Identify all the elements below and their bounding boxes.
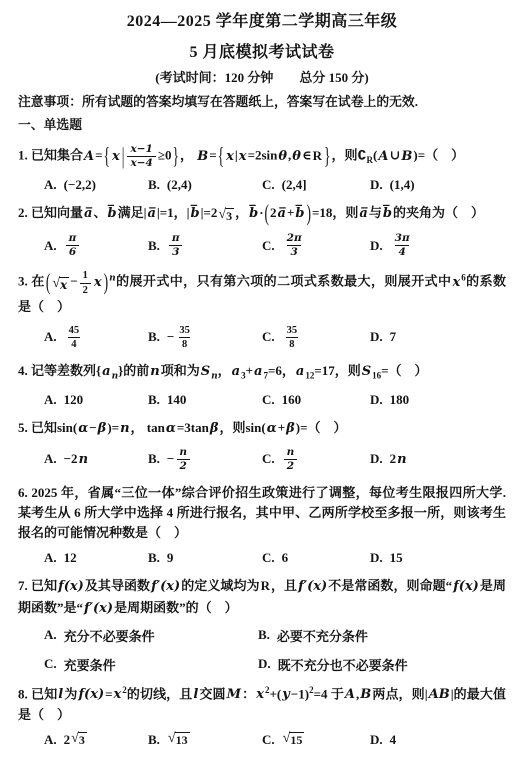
math-variable: n [397,452,406,467]
math-variable: l [193,687,198,702]
stem-text: 3. 在 [18,274,45,289]
option: A.充分不必要条件 [44,626,258,645]
option: C.6 [262,550,370,566]
stem-text: ∪ [389,148,400,163]
stem-text: − [167,451,174,467]
question-2: 2. 已知向量a̅、b̅满足|a̅|=1，|b̅|=2√3，b̅·(2a̅+b̅… [18,203,506,259]
stem-text: , [356,686,359,701]
math-variable: α [78,421,88,436]
stem-text: 满足 [118,205,144,220]
stem-text: ( [373,148,377,163]
stem-text: = [209,148,216,163]
stem-text: =17，则 [314,363,360,378]
math-variable: α [267,421,277,436]
numerator: 3π [392,232,413,245]
numerator: 35 [176,324,193,337]
stem-text: )= [107,420,119,435]
stem-text: |=2 [201,205,218,220]
stem-text: − [70,274,77,289]
square-root: √3 [218,208,234,224]
option-label: A. [44,392,57,408]
math-variable: x [94,275,102,290]
math-variable: a̅ [84,206,92,221]
option-label: A. [44,177,57,193]
stem-text: 140 [167,392,187,408]
stem-text: 必要不充分条件 [277,626,368,645]
option: D.7 [370,329,506,345]
option-label: C. [262,392,275,408]
fraction: 2π3 [284,232,305,259]
stem-text: − [89,420,96,435]
subscript: 12 [305,371,314,381]
stem-text: = [105,686,112,701]
math-variable: x [226,149,234,164]
math-variable: f(x) [453,579,479,594]
fraction: 358 [284,324,301,351]
option: B.必要不充分条件 [258,626,506,645]
math-variable: A [84,149,94,164]
stem-text: 6. 2025 年，省属“三位一体”综合评价招生政策进行了调整，每位考生限报四所… [18,485,506,540]
option-label: D. [370,177,383,193]
math-variable: b̅ [107,206,116,221]
option-label: A. [44,329,57,345]
exam-title-line1: 2024—2025 学年度第二学期高三年级 [18,8,506,31]
stem-text: 的切线，且 [127,686,193,701]
stem-text: 2 [390,451,397,467]
square-root: √13 [168,732,190,748]
math-variable: f(x) [78,687,104,702]
stem-text: 的夹角为（ ） [393,205,484,220]
option-label: A. [44,238,57,254]
numerator: 1 [80,269,91,282]
math-variable: y [282,687,290,702]
option: A.454 [44,324,148,351]
question-5: 5. 已知sin(α−β)=n， tanα=3tanβ，则sin(α+β)=（ … [18,418,506,473]
bold-symbol: R [261,578,270,593]
question-stem: 2. 已知向量a̅、b̅满足|a̅|=1，|b̅|=2√3，b̅·(2a̅+b̅… [18,203,506,225]
denominator: 8 [179,337,190,351]
section-title: 一、单选题 [18,114,506,133]
big-delimiter: ( [265,197,270,233]
exam-title-line2: 5 月底模拟考试试卷 [18,39,506,62]
stem-text: − [167,329,174,345]
option: C.160 [262,392,370,408]
bold-symbol: R [313,148,322,163]
numerator: 2π [284,232,305,245]
stem-text: ，则sin( [219,420,265,435]
math-variable: a [102,364,110,379]
option-label: B. [148,392,160,408]
math-variable: l [58,687,63,702]
options-row: A.−2nB.−n2C.n2D.2n [18,446,506,473]
math-variable: x [452,275,460,290]
math-variable: β [210,421,219,436]
stem-text: 160 [282,392,302,408]
question-1: 1. 已知集合A={x|x−1x−4≥0}， B={x|x=2sinθ,θ∈R}… [18,143,506,193]
numerator: 45 [66,324,83,337]
denominator: 2 [177,459,190,473]
stem-text: 为 [64,686,77,701]
math-variable: S [201,364,210,379]
stem-text: 既不充分也不必要条件 [278,655,408,674]
denominator: 8 [286,337,297,351]
stem-text: + [287,205,294,220]
exam-time-score-info: (考试时间：120 分钟 总分 150 分) [18,67,506,86]
stem-text: 1. 已知集合 [18,148,83,163]
math-variable: x [239,149,247,164]
stem-text: 的定义域均为 [181,578,259,593]
math-variable: a̅ [278,206,286,221]
stem-text: 两点，则| [372,686,427,701]
option-label: B. [148,451,160,467]
math-variable: A [345,687,355,702]
fraction: π3 [169,232,183,259]
stem-text: + [246,363,253,378]
stem-text: + [278,420,285,435]
stem-text: 5. 已知sin( [18,420,77,435]
option: C.2π3 [262,232,370,259]
question-6: 6. 2025 年，省属“三位一体”综合评价招生政策进行了调整，每位考生限报四所… [18,483,506,566]
option: C.√15 [262,732,370,748]
stem-text: 4. 记等差数列{ [18,363,101,378]
numerator: 35 [284,324,301,337]
option-label: D. [370,732,383,748]
stem-text: (2,4] [282,177,307,193]
math-variable: x [256,687,264,702]
stem-text: 充要条件 [64,655,116,674]
question-stem: 1. 已知集合A={x|x−1x−4≥0}， B={x|x=2sinθ,θ∈R}… [18,143,506,170]
option-label: C. [262,238,275,254]
option: C.充要条件 [44,655,258,674]
option-label: C. [262,329,275,345]
option-label: D. [370,451,383,467]
math-variable: n [120,421,129,436]
option-label: D. [370,238,383,254]
question-3: 3. 在(√x−12x)n的展开式中，只有第六项的二项式系数最大，则展开式中x6… [18,269,506,351]
radicand: x [59,277,69,293]
radicand: 13 [175,732,190,748]
math-variable: x [114,687,122,702]
stem-text: 2. 已知向量 [18,205,83,220]
stem-text: ，则∁ [331,148,366,163]
stem-text: (−2,2) [64,177,96,193]
math-variable: α [166,421,176,436]
option: A.2√3 [44,732,148,748]
denominator: 3 [287,245,300,259]
stem-text: −1) [291,686,309,701]
stem-text: |=1，| [157,205,190,220]
option: C.358 [262,324,370,351]
stem-text: 8. 已知 [18,686,57,701]
big-delimiter: ( [46,266,51,302]
stem-text: , [288,148,291,163]
stem-text: · [259,205,263,220]
option: A.−2n [44,451,148,467]
stem-text: ， tan [131,420,165,435]
exam-page: 2024—2025 学年度第二学期高三年级 5 月底模拟考试试卷 (考试时间：1… [0,0,519,748]
exam-notice: 注意事项：所有试题的答案均填写在答题纸上，答案写在试卷上的无效. [18,91,506,110]
stem-text: ≥0 [158,148,172,163]
fraction: x−1x−4 [127,143,155,170]
square-root: √x [52,277,69,293]
question-stem: 3. 在(√x−12x)n的展开式中，只有第六项的二项式系数最大，则展开式中x6… [18,269,506,316]
option: B.√13 [148,732,262,748]
math-variable: n [150,364,159,379]
option-label: C. [44,656,57,672]
stem-text: +( [270,686,282,701]
stem-text: 2 [64,732,71,748]
stem-text: 4 [390,732,397,748]
math-variable: a [232,364,240,379]
option: A.12 [44,550,148,566]
math-variable: f′(x) [151,579,180,594]
math-variable: β [98,421,107,436]
stem-text: (2,4) [167,177,192,193]
stem-text: 的展开式中，只有第六项的二项式系数最大，则展开式中 [116,274,452,289]
big-delimiter: } [324,139,330,175]
math-variable: A [378,149,388,164]
math-variable: AB [429,687,450,702]
question-7: 7. 已知f(x)及其导函数f′(x)的定义域均为R，且f′(x)不是常函数，则… [18,576,506,673]
option: B.−358 [148,324,262,351]
option-label: D. [370,392,383,408]
option-label: B. [148,550,160,566]
option: A.π6 [44,232,148,259]
options-row: A.(−2,2)B.(2,4)C.(2,4]D.(1,4) [18,177,506,193]
stem-text: ∈ [302,148,312,163]
math-variable: β [286,421,295,436]
stem-text: 与 [369,205,382,220]
stem-text: ： [242,686,255,701]
fraction: 3π4 [392,232,413,259]
stem-text: 交圆 [199,686,225,701]
option: B.(2,4) [148,177,262,193]
option-label: B. [148,238,160,254]
math-variable: B [197,149,208,164]
stem-text: 充分不必要条件 [64,626,155,645]
stem-text: ， [218,363,231,378]
math-variable: a [254,364,262,379]
fraction: 454 [66,324,83,351]
math-variable: S [362,364,371,379]
option-label: D. [370,329,383,345]
math-variable: b̅ [249,206,258,221]
square-root: √15 [283,732,305,748]
option: D.180 [370,392,506,408]
math-variable: θ [292,149,301,164]
denominator: 4 [395,245,408,259]
stem-text: 项和为 [161,363,200,378]
math-variable: f′(x) [84,601,113,616]
math-variable: B [401,149,412,164]
option: D.2n [370,451,506,467]
option-label: C. [262,177,275,193]
stem-text: 120 [64,392,84,408]
question-stem: 6. 2025 年，省属“三位一体”综合评价招生政策进行了调整，每位考生限报四所… [18,483,506,543]
option: A.(−2,2) [44,177,148,193]
option: D.3π4 [370,232,506,259]
fraction: n2 [176,446,190,473]
stem-text: =（ ） [381,363,427,378]
question-stem: 8. 已知l为f(x)=x2的切线，且l交圆M：x2+(y−1)2=4 于A,B… [18,684,506,726]
math-variable: b̅ [295,206,304,221]
stem-text: =18，则 [312,205,358,220]
denominator: 2 [284,459,297,473]
numerator: x−1 [127,143,155,156]
math-variable: a̅ [147,206,155,221]
math-variable: f′(x) [298,579,327,594]
option-label: A. [44,732,57,748]
stem-text: =3tan [177,420,209,435]
option: C.(2,4] [262,177,370,193]
math-variable: n [79,452,88,467]
option: B.9 [148,550,262,566]
stem-text: −2 [64,451,78,467]
option-label: C. [262,451,275,467]
option: B.π3 [148,232,262,259]
big-delimiter: ) [307,197,312,233]
big-delimiter: { [104,139,110,175]
stem-text: }的前 [118,363,149,378]
math-variable: B [360,687,371,702]
stem-text: 7. 已知 [18,578,57,593]
big-delimiter: { [218,139,224,175]
options-row: A.120B.140C.160D.180 [18,392,506,408]
radicand: 15 [289,732,304,748]
stem-text: 6 [282,550,289,566]
numerator: n [284,446,298,459]
option: D.15 [370,550,506,566]
math-variable: θ [278,149,287,164]
radicand: 3 [225,208,234,224]
big-delimiter: ) [104,266,109,302]
options-row: A.充分不必要条件B.必要不充分条件C.充要条件D.既不充分也不必要条件 [18,626,506,674]
option-label: C. [262,550,275,566]
stem-text: 、 [93,205,106,220]
square-root: √3 [71,732,87,748]
stem-text: =6， [268,363,295,378]
option-label: D. [370,550,383,566]
option-label: A. [44,550,57,566]
stem-text: 2 [270,205,277,220]
options-row: A.2√3B.√13C.√15D.4 [18,732,506,748]
big-delimiter: | [122,139,125,175]
option: D.既不充分也不必要条件 [258,655,506,674]
option-label: D. [258,656,271,672]
math-variable: M [227,687,241,702]
question-stem: 5. 已知sin(α−β)=n， tanα=3tanβ，则sin(α+β)=（ … [18,418,506,439]
stem-text: (1,4) [390,177,415,193]
option-label: A. [44,451,57,467]
math-variable: b̅ [383,206,392,221]
stem-text: )=（ ） [296,420,347,435]
math-variable: b̅ [191,206,200,221]
option: B.140 [148,392,262,408]
numerator: π [66,232,80,245]
question-stem: 7. 已知f(x)及其导函数f′(x)的定义域均为R，且f′(x)不是常函数，则… [18,576,506,618]
stem-text: )=（ ） [413,148,464,163]
numerator: n [176,446,190,459]
option-label: C. [262,732,275,748]
denominator: 2 [80,283,91,297]
options-row: A.454B.−358C.358D.7 [18,324,506,351]
fraction: π6 [66,232,80,259]
questions-list: 1. 已知集合A={x|x−1x−4≥0}， B={x|x=2sinθ,θ∈R}… [18,143,506,748]
stem-text: 180 [390,392,410,408]
option-label: B. [148,329,160,345]
math-variable: a [296,364,304,379]
math-variable: f(x) [58,579,84,594]
stem-text: 15 [390,550,403,566]
option: B.−n2 [148,446,262,473]
stem-text: 9 [167,550,174,566]
question-stem: 4. 记等差数列{an}的前n项和为Sn，a3+a7=6，a12=17，则S16… [18,361,506,385]
option-label: B. [148,732,160,748]
stem-text: 是周期函数”的（ ） [114,600,238,615]
options-row: A.12B.9C.6D.15 [18,550,506,566]
stem-text: ，且 [271,578,297,593]
stem-text: | [235,148,238,163]
denominator: x−4 [127,156,155,170]
option: D.(1,4) [370,177,506,193]
stem-text: 7 [390,329,397,345]
options-row: A.π6B.π3C.2π3D.3π4 [18,232,506,259]
denominator: 4 [68,337,79,351]
option-label: B. [148,177,160,193]
stem-text: = [95,148,102,163]
option-label: B. [258,627,270,643]
stem-text: ， [235,205,248,220]
radicand: 3 [78,732,87,748]
question-8: 8. 已知l为f(x)=x2的切线，且l交圆M：x2+(y−1)2=4 于A,B… [18,684,506,749]
fraction: 358 [176,324,193,351]
fraction: 12 [80,269,91,296]
question-4: 4. 记等差数列{an}的前n项和为Sn，a3+a7=6，a12=17，则S16… [18,361,506,408]
subscript: 16 [372,371,381,381]
option: A.120 [44,392,148,408]
stem-text: 不是常函数，则命题“ [328,578,452,593]
stem-text: ， [180,148,196,163]
denominator: 3 [169,245,182,259]
big-delimiter: } [173,139,179,175]
numerator: π [169,232,183,245]
fraction: n2 [284,446,298,473]
math-variable: x [112,149,120,164]
option: C.n2 [262,446,370,473]
stem-text: 及其导函数 [85,578,150,593]
option-label: A. [44,627,57,643]
stem-text: =2sin [248,148,278,163]
stem-text: 12 [64,550,77,566]
denominator: 6 [66,245,79,259]
stem-text: =4 于 [314,686,344,701]
math-variable: a̅ [359,206,367,221]
option: D.4 [370,732,506,748]
